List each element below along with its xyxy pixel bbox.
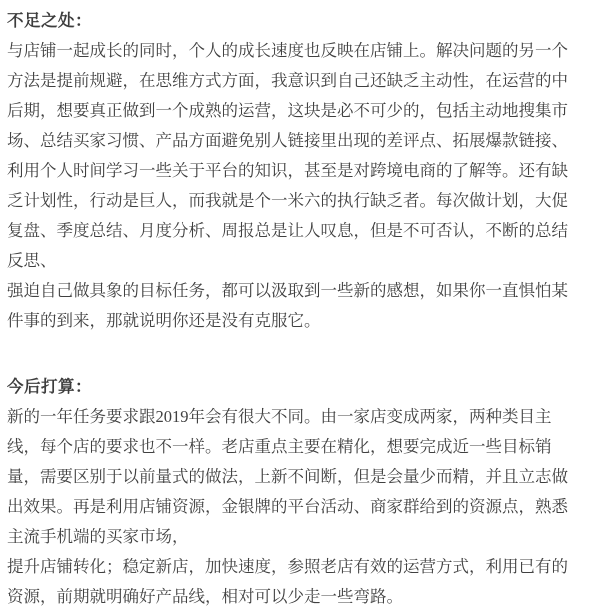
paragraph-line: 强迫自己做具象的目标任务，都可以汲取到一些新的感想，如果你一直惧怕某 — [7, 276, 586, 306]
section-heading-shortcomings: 不足之处： — [7, 6, 586, 36]
paragraph-line: 反思、 — [7, 246, 586, 276]
paragraph-line: 线，每个店的要求也不一样。老店重点主要在精化，想要完成近一些目标销 — [7, 432, 586, 462]
paragraph-line: 提升店铺转化；稳定新店，加快速度，参照老店有效的运营方式，利用已有的 — [7, 552, 586, 582]
paragraph-line: 场、总结买家习惯、产品方面避免别人链接里出现的差评点、拓展爆款链接、 — [7, 126, 586, 156]
paragraph-line: 利用个人时间学习一些关于平台的知识，甚至是对跨境电商的了解等。还有缺 — [7, 156, 586, 186]
paragraph-line: 后期，想要真正做到一个成熟的运营，这块是必不可少的，包括主动地搜集市 — [7, 96, 586, 126]
report-document: 不足之处： 与店铺一起成长的同时，个人的成长速度也反映在店铺上。解决问题的另一个… — [0, 0, 592, 614]
section-heading-future-plans: 今后打算： — [7, 372, 586, 402]
paragraph-line: 方法是提前规避，在思维方式方面，我意识到自己还缺乏主动性，在运营的中 — [7, 66, 586, 96]
paragraph-line: 量，需要区别于以前量式的做法，上新不间断，但是会量少而精，并且立志做 — [7, 462, 586, 492]
paragraph-line: 与店铺一起成长的同时，个人的成长速度也反映在店铺上。解决问题的另一个 — [7, 36, 586, 66]
paragraph-line: 资源，前期就明确好产品线，相对可以少走一些弯路。 — [7, 582, 586, 612]
paragraph-line: 复盘、季度总结、月度分析、周报总是让人叹息，但是不可否认，不断的总结 — [7, 216, 586, 246]
paragraph-line: 出效果。再是利用店铺资源，金银牌的平台活动、商家群给到的资源点，熟悉 — [7, 492, 586, 522]
section-future-plans: 今后打算： 新的一年任务要求跟2019年会有很大不同。由一家店变成两家，两种类目… — [7, 372, 586, 612]
paragraph-line: 新的一年任务要求跟2019年会有很大不同。由一家店变成两家，两种类目主 — [7, 402, 586, 432]
section-shortcomings: 不足之处： 与店铺一起成长的同时，个人的成长速度也反映在店铺上。解决问题的另一个… — [7, 6, 586, 336]
paragraph-line: 件事的到来，那就说明你还是没有克服它。 — [7, 306, 586, 336]
paragraph-line: 主流手机端的买家市场， — [7, 522, 586, 552]
paragraph-shortcomings: 与店铺一起成长的同时，个人的成长速度也反映在店铺上。解决问题的另一个 方法是提前… — [7, 36, 586, 336]
paragraph-future-plans: 新的一年任务要求跟2019年会有很大不同。由一家店变成两家，两种类目主 线，每个… — [7, 402, 586, 612]
paragraph-line: 乏计划性，行动是巨人，而我就是个一米六的执行缺乏者。每次做计划，大促 — [7, 186, 586, 216]
